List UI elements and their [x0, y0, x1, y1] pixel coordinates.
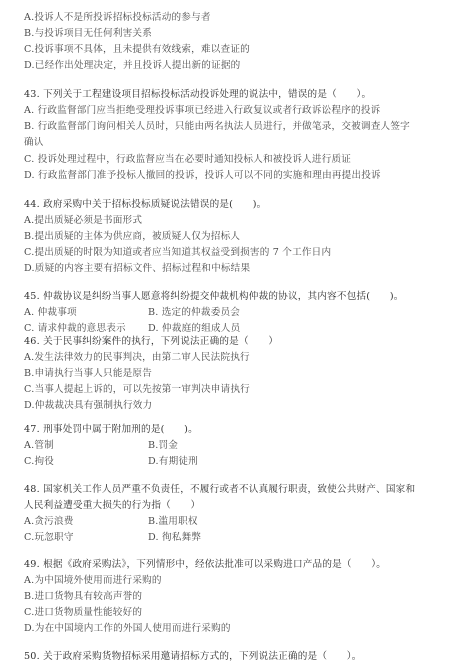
q43-option-d: D. 行政监督部门准予投标人撤回的投诉，投诉人可以不同的实施和理由再提出投诉 [24, 170, 381, 182]
q49-option-b: B.进口货物具有较高声誉的 [24, 591, 142, 603]
q46-option-d: D.仲裁裁决具有强制执行效力 [24, 400, 152, 412]
q42-option-b: B.与投诉项目无任何利害关系 [24, 28, 152, 40]
q46-option-b: B.申请执行当事人只能是原告 [24, 368, 152, 380]
q45-option-c: C. 请求仲裁的意思表示 [24, 323, 126, 335]
q47-option-b: B.罚金 [148, 440, 178, 452]
q43-stem: 43. 下列关于工程建设项目招标投标活动投诉处理的说法中，错误的是（ ）。 [24, 89, 371, 101]
q43-option-c: C. 投诉处理过程中，行政监督应当在必要时通知投标人和被投诉人进行质证 [24, 154, 351, 166]
q43-option-a: A. 行政监督部门应当拒绝受理投诉事项已经进入行政复议或者行政诉讼程序的投诉 [24, 105, 380, 117]
q45-option-b: B. 选定的仲裁委员会 [148, 307, 240, 319]
q45-option-d: D. 仲裁庭的组成人员 [148, 323, 240, 335]
q47-option-a: A.管制 [24, 440, 54, 452]
q44-option-d: D.质疑的内容主要有招标文件、招标过程和中标结果 [24, 263, 250, 275]
q48-stem-line1: 48. 国家机关工作人员严重不负责任，不履行或者不认真履行职责，致使公共财产、国… [24, 484, 415, 496]
exam-page: A.投诉人不是所投诉招标投标活动的参与者 B.与投诉项目无任何利害关系 C.投诉… [0, 0, 450, 663]
q49-stem: 49. 根据《政府采购法》，下列情形中，经依法批准可以采购进口产品的是（ ）。 [24, 559, 386, 571]
q44-stem: 44. 政府采购中关于招标投标质疑说法错误的是( )。 [24, 199, 266, 211]
q46-option-a: A.发生法律效力的民事判决，由第二审人民法院执行 [24, 352, 250, 364]
q42-option-d: D.已经作出处理决定，并且投诉人提出新的证据的 [24, 60, 240, 72]
q47-stem: 47. 刑事处罚中属于附加刑的是( )。 [24, 424, 198, 436]
q48-option-a: A.贪污浪费 [24, 516, 74, 528]
q49-option-c: C.进口货物质量性能较好的 [24, 607, 142, 619]
q42-option-a: A.投诉人不是所投诉招标投标活动的参与者 [24, 12, 211, 24]
q44-option-b: B.提出质疑的主体为供应商，被质疑人仅为招标人 [24, 231, 240, 243]
q43-option-b: B. 行政监督部门询问相关人员时，只能由两名执法人员进行，并做笔录，交被调查人签… [24, 121, 410, 133]
q45-option-a: A. 仲裁事项 [24, 307, 77, 319]
q44-option-a: A.提出质疑必须是书面形式 [24, 215, 142, 227]
q44-option-c: C.提出质疑的时限为知道或者应当知道其权益受到损害的 7 个工作日内 [24, 247, 331, 259]
q49-option-a: A.为中国境外使用而进行采购的 [24, 575, 162, 587]
q46-option-c: C.当事人提起上诉的，可以先按第一审判决申请执行 [24, 384, 250, 396]
q48-stem-line2: 人民利益遭受重大损失的行为指（ ） [24, 500, 200, 512]
q47-option-d: D.有期徒刑 [148, 456, 198, 468]
q49-option-d: D.为在中国境内工作的外国人使用而进行采购的 [24, 623, 231, 635]
q43-option-b-cont: 确认 [24, 137, 44, 149]
q48-option-d: D. 徇私舞弊 [148, 532, 201, 544]
q42-option-c: C.投诉事项不具体，且未提供有效线索，难以查证的 [24, 44, 250, 56]
q46-stem: 46. 关于民事纠纷案件的执行，下列说法正确的是（ ） [24, 336, 278, 348]
q50-stem: 50. 关于政府采购货物招标采用邀请招标方式的，下列说法正确的是（ ）。 [24, 651, 362, 663]
q45-stem: 45. 仲裁协议是纠纷当事人愿意将纠纷提交仲裁机构仲裁的协议，其内容不包括( )… [24, 291, 404, 303]
q48-option-b: B.滥用职权 [148, 516, 198, 528]
q47-option-c: C.拘役 [24, 456, 54, 468]
q48-option-c: C.玩忽职守 [24, 532, 74, 544]
